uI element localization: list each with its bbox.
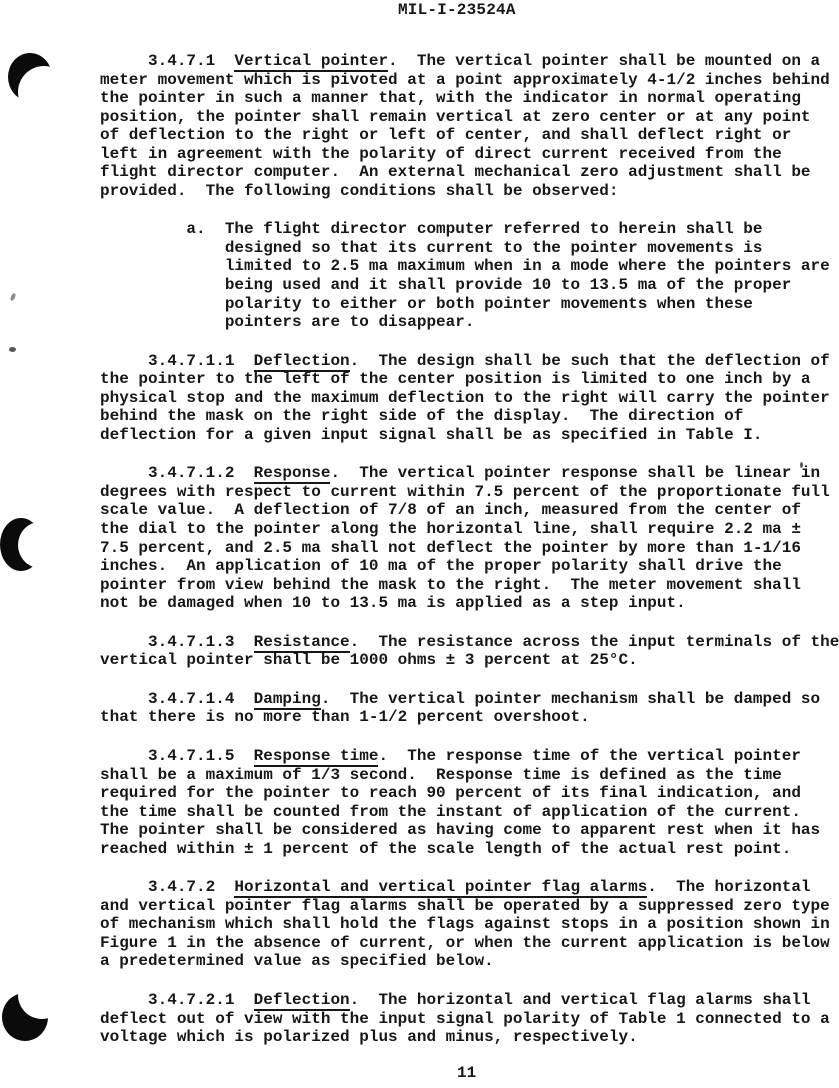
paragraph: 3.4.7.2 Horizontal and vertical pointer … <box>100 878 839 971</box>
text-segment: not be damaged when 10 to 13.5 ma is app… <box>100 594 686 612</box>
text-line: position, the pointer shall remain verti… <box>100 108 839 127</box>
text-segment: left in agreement with the polarity of d… <box>100 145 782 163</box>
ink-blot-crescent-bottom <box>2 993 64 1045</box>
text-segment: . The response time of the vertical poin… <box>378 747 800 765</box>
paragraph: 3.4.7.2.1 Deflection. The horizontal and… <box>100 991 839 1047</box>
text-line: 3.4.7.1.3 Resistance. The resistance acr… <box>100 633 839 652</box>
text-segment: shall be a maximum of 1/3 second. Respon… <box>100 766 782 784</box>
text-segment: required for the pointer to reach 90 per… <box>100 784 801 802</box>
paragraph: 3.4.7.1.5 Response time. The response ti… <box>100 747 839 858</box>
text-segment: 3.4.7.1.3 <box>100 633 254 651</box>
ink-blot-cutout <box>18 522 62 568</box>
text-line: and vertical pointer flag alarms shall b… <box>100 897 839 916</box>
scanned-document-page: MIL-I-23524A 3.4.7.1 Vertical pointer. T… <box>0 0 839 1088</box>
text-line: not be damaged when 10 to 13.5 ma is app… <box>100 594 839 613</box>
text-segment: 3.4.7.1.5 <box>100 747 254 765</box>
text-segment: position, the pointer shall remain verti… <box>100 108 811 126</box>
text-segment: scale value. A deflection of 7/8 of an i… <box>100 501 801 519</box>
text-segment: provided. The following conditions shall… <box>100 182 618 200</box>
text-line: a predetermined value as specified below… <box>100 952 839 971</box>
text-line: shall be a maximum of 1/3 second. Respon… <box>100 766 839 785</box>
text-line: meter movement which is pivoted at a poi… <box>100 71 839 90</box>
text-segment: a predetermined value as specified below… <box>100 952 494 970</box>
text-segment: reached within ± 1 percent of the scale … <box>100 840 791 858</box>
text-line: of mechanism which shall hold the flags … <box>100 915 839 934</box>
text-line: scale value. A deflection of 7/8 of an i… <box>100 501 839 520</box>
text-segment: . The vertical pointer shall be mounted … <box>388 52 820 70</box>
text-segment: The pointer shall be considered as havin… <box>100 821 820 839</box>
text-segment: and vertical pointer flag alarms shall b… <box>100 897 830 915</box>
text-line: the time shall be counted from the insta… <box>100 803 839 822</box>
text-line: the dial to the pointer along the horizo… <box>100 520 839 539</box>
text-segment: limited to 2.5 ma maximum when in a mode… <box>100 257 830 275</box>
text-segment: 7.5 percent, and 2.5 ma shall not deflec… <box>100 539 801 557</box>
text-segment: 3.4.7.1.2 <box>100 464 254 482</box>
text-segment: . The resistance across the input termin… <box>350 633 839 651</box>
text-segment: being used and it shall provide 10 to 13… <box>100 276 791 294</box>
text-segment: . The horizontal <box>647 878 810 896</box>
paragraph: 3.4.7.1.1 Deflection. The design shall b… <box>100 352 839 445</box>
text-line: left in agreement with the polarity of d… <box>100 145 839 164</box>
text-line: required for the pointer to reach 90 per… <box>100 784 839 803</box>
section-heading: Response time <box>254 747 379 767</box>
text-line: degrees with respect to current within 7… <box>100 483 839 502</box>
text-segment: . The vertical pointer response shall be… <box>330 464 820 482</box>
paragraph: 3.4.7.1.3 Resistance. The resistance acr… <box>100 633 839 670</box>
text-segment: 3.4.7.1.1 <box>100 352 254 370</box>
text-segment: Figure 1 in the absence of current, or w… <box>100 934 830 952</box>
text-line: 3.4.7.1.1 Deflection. The design shall b… <box>100 352 839 371</box>
text-line: deflect out of view with the input signa… <box>100 1010 839 1029</box>
text-line: 3.4.7.1.5 Response time. The response ti… <box>100 747 839 766</box>
text-segment: physical stop and the maximum deflection… <box>100 389 830 407</box>
text-segment: meter movement which is pivoted at a poi… <box>100 71 830 89</box>
text-line: limited to 2.5 ma maximum when in a mode… <box>100 257 839 276</box>
text-line: vertical pointer shall be 1000 ohms ± 3 … <box>100 651 839 670</box>
paragraph: 3.4.7.1.4 Damping. The vertical pointer … <box>100 690 839 727</box>
text-segment: pointer from view behind the mask to the… <box>100 576 801 594</box>
text-segment: 3.4.7.1.4 <box>100 690 254 708</box>
text-line: inches. An application of 10 ma of the p… <box>100 557 839 576</box>
text-line: 3.4.7.2.1 Deflection. The horizontal and… <box>100 991 839 1010</box>
text-segment: . The design shall be such that the defl… <box>350 352 830 370</box>
text-line: polarity to either or both pointer movem… <box>100 295 839 314</box>
ink-blot-cutout <box>18 971 66 1019</box>
text-line: being used and it shall provide 10 to 13… <box>100 276 839 295</box>
text-segment: 3.4.7.2 <box>100 878 234 896</box>
ink-blot-crescent-top <box>8 53 68 113</box>
text-segment: deflection for a given input signal shal… <box>100 426 763 444</box>
text-segment: 3.4.7.1 <box>100 52 234 70</box>
text-segment: inches. An application of 10 ma of the p… <box>100 557 782 575</box>
paragraph: a. The flight director computer referred… <box>100 220 839 331</box>
text-segment: polarity to either or both pointer movem… <box>100 295 753 313</box>
ink-speck <box>9 293 16 302</box>
text-line: 3.4.7.1.2 Response. The vertical pointer… <box>100 464 839 483</box>
text-line: designed so that its current to the poin… <box>100 239 839 258</box>
paragraph: 3.4.7.1 Vertical pointer. The vertical p… <box>100 52 839 200</box>
text-segment: the dial to the pointer along the horizo… <box>100 520 801 538</box>
text-line: The pointer shall be considered as havin… <box>100 821 839 840</box>
text-line: provided. The following conditions shall… <box>100 182 839 201</box>
text-segment: . The vertical pointer mechanism shall b… <box>321 690 820 708</box>
document-body: 3.4.7.1 Vertical pointer. The vertical p… <box>100 52 839 1047</box>
section-heading: Response <box>254 464 331 484</box>
text-line: voltage which is polarized plus and minu… <box>100 1028 839 1047</box>
text-segment: that there is no more than 1-1/2 percent… <box>100 708 590 726</box>
text-line: flight director computer. An external me… <box>100 163 839 182</box>
ink-blot-cutout <box>18 66 70 118</box>
paragraph: 3.4.7.1.2 Response. The vertical pointer… <box>100 464 839 612</box>
text-segment: of mechanism which shall hold the flags … <box>100 915 830 933</box>
text-segment: behind the mask on the right side of the… <box>100 407 743 425</box>
text-line: reached within ± 1 percent of the scale … <box>100 840 839 859</box>
section-heading: Damping <box>254 690 321 710</box>
text-segment: . The horizontal and vertical flag alarm… <box>350 991 811 1009</box>
document-id-header: MIL-I-23524A <box>398 1 516 19</box>
text-segment: voltage which is polarized plus and minu… <box>100 1028 638 1046</box>
text-line: physical stop and the maximum deflection… <box>100 389 839 408</box>
text-line: deflection for a given input signal shal… <box>100 426 839 445</box>
text-segment: of deflection to the right or left of ce… <box>100 126 791 144</box>
text-segment: designed so that its current to the poin… <box>100 239 763 257</box>
ink-blot-crescent-middle <box>0 518 60 578</box>
section-heading: Vertical pointer <box>234 52 388 72</box>
section-heading: Deflection <box>254 352 350 372</box>
text-segment: the pointer to the left of the center po… <box>100 370 811 388</box>
page-number: 11 <box>457 1064 476 1082</box>
text-segment: pointers are to disappear. <box>100 313 474 331</box>
text-line: that there is no more than 1-1/2 percent… <box>100 708 839 727</box>
text-segment: degrees with respect to current within 7… <box>100 483 830 501</box>
text-line: the pointer in such a manner that, with … <box>100 89 839 108</box>
text-line: a. The flight director computer referred… <box>100 220 839 239</box>
section-heading: Deflection <box>254 991 350 1011</box>
text-segment: the time shall be counted from the insta… <box>100 803 801 821</box>
text-segment: vertical pointer shall be 1000 ohms ± 3 … <box>100 651 638 669</box>
text-line: behind the mask on the right side of the… <box>100 407 839 426</box>
text-segment: flight director computer. An external me… <box>100 163 811 181</box>
text-line: pointers are to disappear. <box>100 313 839 332</box>
text-segment: 3.4.7.2.1 <box>100 991 254 1009</box>
section-heading: Resistance <box>254 633 350 653</box>
text-segment: deflect out of view with the input signa… <box>100 1010 830 1028</box>
text-line: 3.4.7.1.4 Damping. The vertical pointer … <box>100 690 839 709</box>
text-line: the pointer to the left of the center po… <box>100 370 839 389</box>
text-line: 3.4.7.1 Vertical pointer. The vertical p… <box>100 52 839 71</box>
text-line: Figure 1 in the absence of current, or w… <box>100 934 839 953</box>
text-line: 3.4.7.2 Horizontal and vertical pointer … <box>100 878 839 897</box>
text-line: 7.5 percent, and 2.5 ma shall not deflec… <box>100 539 839 558</box>
ink-speck <box>9 347 16 352</box>
text-segment: a. The flight director computer referred… <box>100 220 763 238</box>
text-line: pointer from view behind the mask to the… <box>100 576 839 595</box>
section-heading: Horizontal and vertical pointer flag ala… <box>234 878 647 898</box>
text-segment: the pointer in such a manner that, with … <box>100 89 801 107</box>
text-line: of deflection to the right or left of ce… <box>100 126 839 145</box>
